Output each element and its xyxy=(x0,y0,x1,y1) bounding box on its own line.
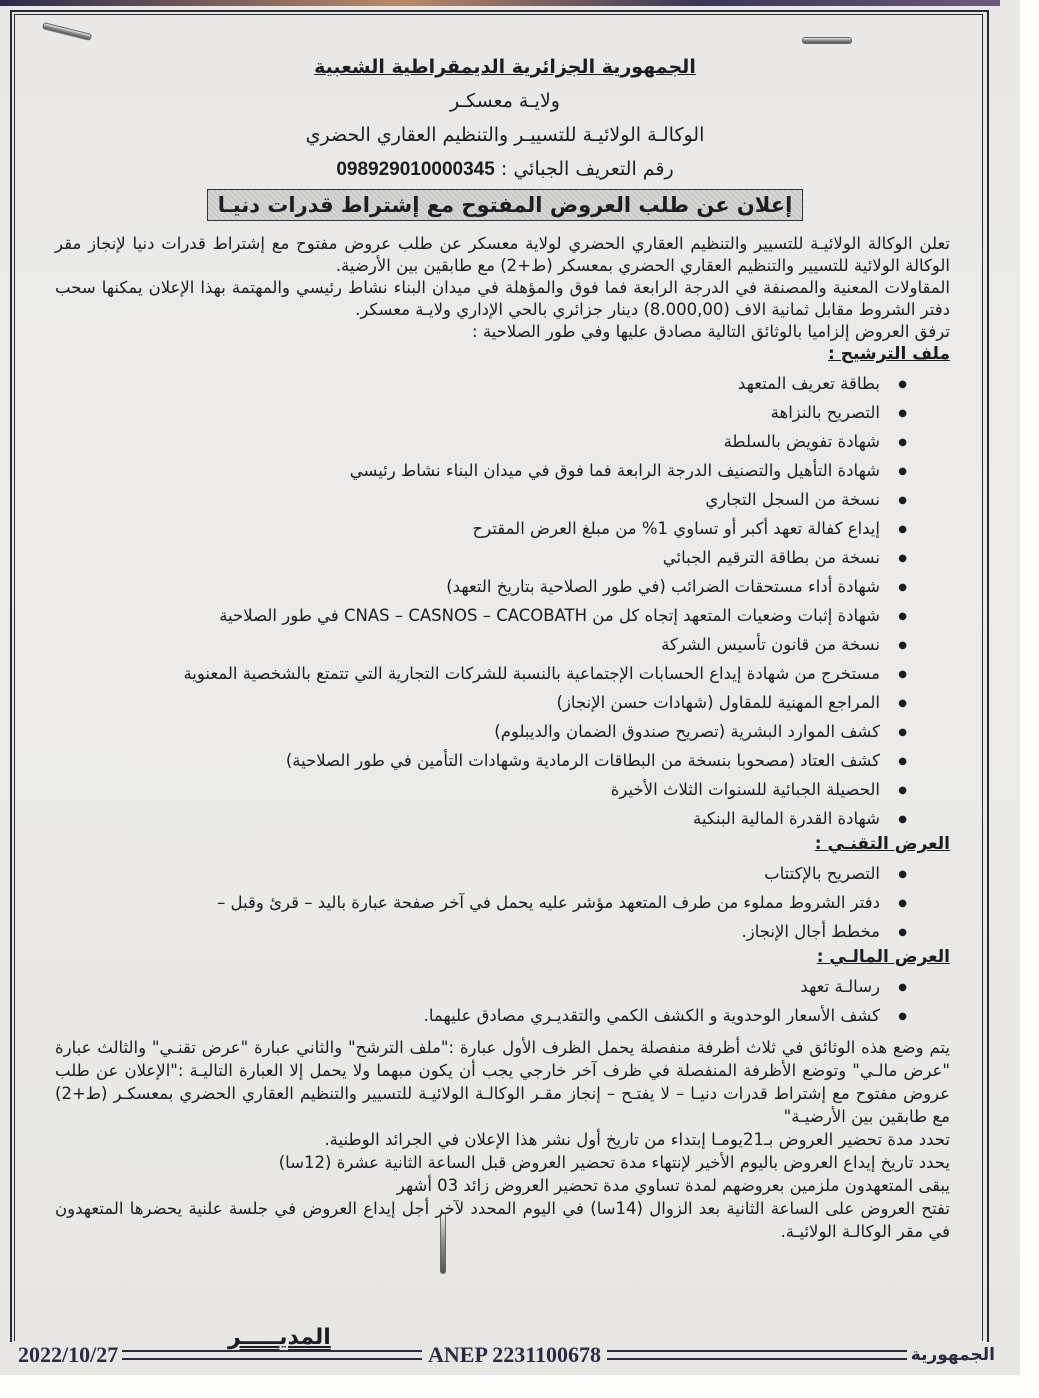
closing-paragraph: تفتح العروض على الساعة الثانية بعد الزوا… xyxy=(55,1197,950,1243)
tax-id-label: رقم التعريف الجبائي : xyxy=(501,158,674,180)
footer: 2022/10/27 ANEP 2231100678 الجمهورية xyxy=(14,1342,999,1368)
technical-offer-title: العرض التقنـي : xyxy=(55,833,950,855)
footer-rule xyxy=(122,1350,422,1360)
republic-title: الجمهورية الجزائرية الديمقراطية الشعبية xyxy=(55,50,955,84)
list-item: شهادة التأهيل والتصنيف الدرجة الرابعة فم… xyxy=(55,456,880,485)
list-item: مخطط أجال الإنجاز. xyxy=(55,917,880,946)
list-item: المراجع المهنية للمقاول (شهادات حسن الإن… xyxy=(55,688,880,717)
publication-date: 2022/10/27 xyxy=(14,1342,122,1368)
candidature-list: بطاقة تعريف المتعهد التصريح بالنزاهة شها… xyxy=(55,369,955,833)
financial-offer-title: العرض المالـي : xyxy=(55,946,950,968)
list-item: كشف الأسعار الوحدوية و الكشف الكمي والتق… xyxy=(55,1001,880,1030)
list-item: كشف العتاد (مصحوبا بنسخة من البطاقات الر… xyxy=(55,746,880,775)
list-item: نسخة من بطاقة الترقيم الجبائي xyxy=(55,543,880,572)
closing-paragraph: يتم وضع هذه الوثائق في ثلاث أظرفة منفصلة… xyxy=(55,1036,950,1128)
closing-paragraph: يبقى المتعهدون ملزمين بعروضهم لمدة تساوي… xyxy=(55,1174,950,1197)
newspaper-name: الجمهورية xyxy=(907,1345,999,1365)
list-item: نسخة من السجل التجاري xyxy=(55,485,880,514)
financial-offer-list: رسالـة تعهد كشف الأسعار الوحدوية و الكشف… xyxy=(55,972,955,1030)
list-item: رسالـة تعهد xyxy=(55,972,880,1001)
list-item: شهادة إثبات وضعيات المتعهد إتجاه كل من C… xyxy=(55,601,880,630)
list-item: إيداع كفالة تعهد أكبر أو تساوي 1% من مبل… xyxy=(55,514,880,543)
tender-announcement: الجمهورية الجزائرية الديمقراطية الشعبية … xyxy=(55,50,955,1243)
intro-paragraph: المقاولات المعنية والمصنفة في الدرجة الر… xyxy=(55,277,950,321)
list-item: شهادة تفويض بالسلطة xyxy=(55,427,880,456)
wilaya: ولايـة معسكـر xyxy=(55,84,955,118)
intro-text: تعلن الوكالة الولائيـة للتسيير والتنظيم … xyxy=(55,233,955,343)
list-item: كشف الموارد البشرية (تصريح صندوق الضمان … xyxy=(55,717,880,746)
closing-paragraph: يحدد تاريخ إيداع العروض باليوم الأخير لإ… xyxy=(55,1151,950,1174)
list-item: التصريح بالنزاهة xyxy=(55,398,880,427)
intro-paragraph: ترفق العروض إلزاميا بالوثائق التالية مصا… xyxy=(55,321,950,343)
anep-number: ANEP 2231100678 xyxy=(422,1342,607,1368)
list-item: شهادة أداء مستحقات الضرائب (في طور الصلا… xyxy=(55,572,880,601)
list-item: دفتر الشروط مملوء من طرف المتعهد مؤشر عل… xyxy=(55,888,880,917)
closing-paragraph: تحدد مدة تحضير العروض بـ21يومـا إبتداء م… xyxy=(55,1128,950,1151)
closing-text: يتم وضع هذه الوثائق في ثلاث أظرفة منفصلة… xyxy=(55,1036,955,1243)
technical-offer-list: التصريح بالإكتتاب دفتر الشروط مملوء من ط… xyxy=(55,859,955,946)
list-item: بطاقة تعريف المتعهد xyxy=(55,369,880,398)
list-item: التصريح بالإكتتاب xyxy=(55,859,880,888)
list-item: مستخرج من شهادة إيداع الحسابات الإجتماعي… xyxy=(55,659,880,688)
footer-rule xyxy=(607,1350,907,1360)
tax-id-value: 098929010000345 xyxy=(336,159,495,180)
intro-paragraph: تعلن الوكالة الولائيـة للتسيير والتنظيم … xyxy=(55,233,950,277)
list-item: شهادة القدرة المالية البنكية xyxy=(55,804,880,833)
staple-right xyxy=(802,37,852,44)
tax-id: رقم التعريف الجبائي : 098929010000345 xyxy=(55,152,955,187)
announcement-title: إعلان عن طلب العروض المفتوح مع إشتراط قد… xyxy=(207,189,804,221)
list-item: نسخة من قانون تأسيس الشركة xyxy=(55,630,880,659)
agency-name: الوكالـة الولائيـة للتسييـر والتنظيم الع… xyxy=(55,118,955,152)
header: الجمهورية الجزائرية الديمقراطية الشعبية … xyxy=(55,50,955,223)
top-edge xyxy=(0,0,1000,6)
candidature-title: ملف الترشيح : xyxy=(55,343,950,365)
list-item: الحصيلة الجبائية للسنوات الثلاث الأخيرة xyxy=(55,775,880,804)
